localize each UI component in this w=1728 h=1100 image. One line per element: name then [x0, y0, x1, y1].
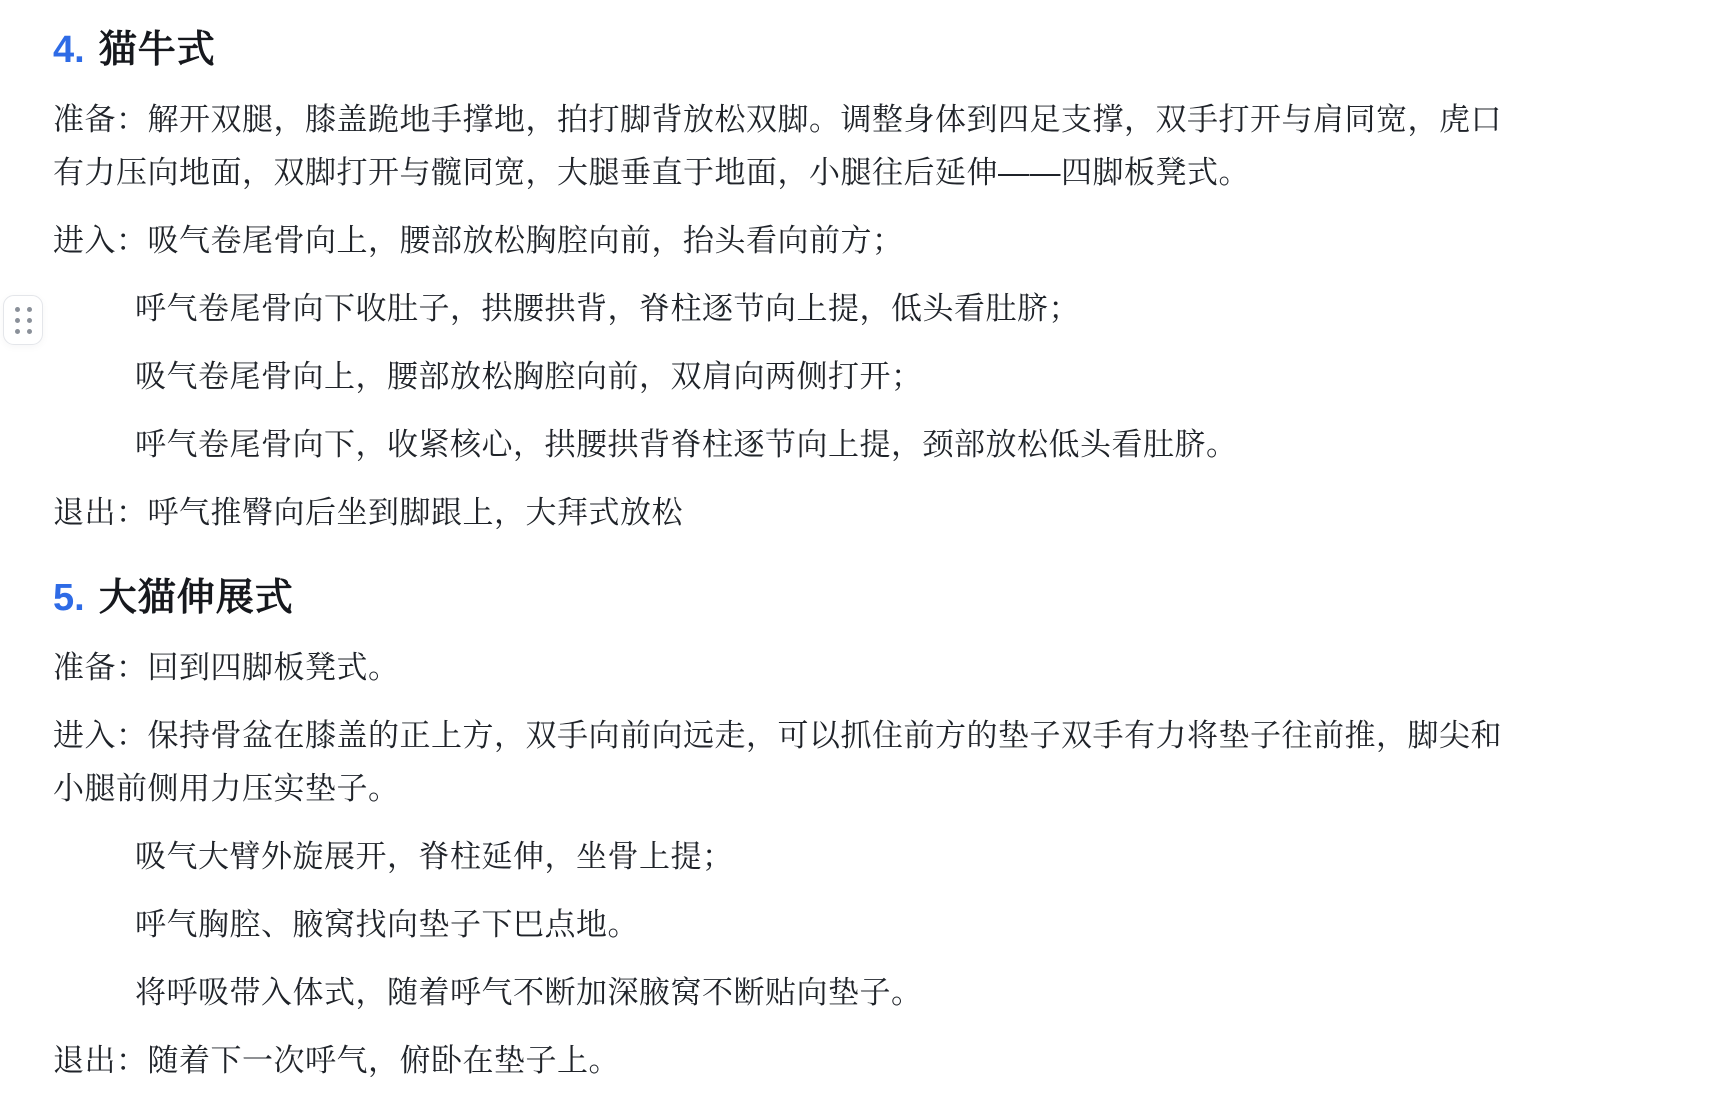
paragraph-exit[interactable]: 退出：呼气推臀向后坐到脚跟上，大拜式放松 — [53, 486, 1533, 539]
step-text: 吸气卷尾骨向上，腰部放松胸腔向前，双肩向两侧打开； — [135, 359, 923, 394]
section-heading-4[interactable]: 4.猫牛式 — [53, 25, 1533, 75]
paragraph-enter[interactable]: 进入：吸气卷尾骨向上，腰部放松胸腔向前，抬头看向前方； — [53, 214, 1533, 267]
paragraph-prep[interactable]: 准备：回到四脚板凳式。 — [53, 641, 1533, 694]
step-text: 解开双腿，膝盖跪地手撑地，拍打脚背放松双脚。调整身体到四足支撑，双手打开与肩同宽… — [53, 102, 1502, 190]
step-text: 将呼吸带入体式，随着呼气不断加深腋窝不断贴向垫子。 — [135, 975, 923, 1010]
step-text: 保持骨盆在膝盖的正上方，双手向前向远走，可以抓住前方的垫子双手有力将垫子往前推，… — [53, 718, 1502, 806]
paragraph-step[interactable]: 将呼吸带入体式，随着呼气不断加深腋窝不断贴向垫子。 — [53, 966, 1533, 1019]
step-label: 进入： — [53, 718, 148, 753]
step-text: 吸气大臂外旋展开，脊柱延伸，坐骨上提； — [135, 839, 734, 874]
heading-number: 4. — [53, 29, 85, 71]
heading-title: 猫牛式 — [99, 29, 216, 71]
step-label: 退出： — [53, 495, 148, 530]
step-text: 呼气卷尾骨向下，收紧核心，拱腰拱背脊柱逐节向上提，颈部放松低头看肚脐。 — [135, 427, 1238, 462]
heading-title: 大猫伸展式 — [99, 577, 294, 619]
paragraph-step[interactable]: 呼气卷尾骨向下收肚子，拱腰拱背，脊柱逐节向上提，低头看肚脐； — [53, 282, 1533, 335]
paragraph-step[interactable]: 呼气胸腔、腋窝找向垫子下巴点地。 — [53, 898, 1533, 951]
paragraph-exit[interactable]: 退出：随着下一次呼气，俯卧在垫子上。 — [53, 1034, 1533, 1087]
step-text: 呼气推臀向后坐到脚跟上，大拜式放松 — [148, 495, 684, 530]
step-label: 退出： — [53, 1043, 148, 1078]
paragraph-enter[interactable]: 进入：保持骨盆在膝盖的正上方，双手向前向远走，可以抓住前方的垫子双手有力将垫子往… — [53, 709, 1533, 815]
drag-handle[interactable] — [3, 295, 43, 345]
paragraph-step[interactable]: 吸气大臂外旋展开，脊柱延伸，坐骨上提； — [53, 830, 1533, 883]
step-label: 准备： — [53, 102, 148, 137]
step-label: 准备： — [53, 650, 148, 685]
step-text: 随着下一次呼气，俯卧在垫子上。 — [148, 1043, 621, 1078]
document-canvas: 4.猫牛式 准备：解开双腿，膝盖跪地手撑地，拍打脚背放松双脚。调整身体到四足支撑… — [0, 0, 1728, 1100]
step-label: 进入： — [53, 223, 148, 258]
six-dot-grip-icon — [15, 307, 32, 334]
editor-content: 4.猫牛式 准备：解开双腿，膝盖跪地手撑地，拍打脚背放松双脚。调整身体到四足支撑… — [53, 25, 1533, 1087]
section-heading-5[interactable]: 5.大猫伸展式 — [53, 573, 1533, 623]
step-text: 回到四脚板凳式。 — [148, 650, 400, 685]
step-text: 呼气卷尾骨向下收肚子，拱腰拱背，脊柱逐节向上提，低头看肚脐； — [135, 291, 1080, 326]
heading-number: 5. — [53, 577, 85, 619]
paragraph-step[interactable]: 呼气卷尾骨向下，收紧核心，拱腰拱背脊柱逐节向上提，颈部放松低头看肚脐。 — [53, 418, 1533, 471]
paragraph-step[interactable]: 吸气卷尾骨向上，腰部放松胸腔向前，双肩向两侧打开； — [53, 350, 1533, 403]
paragraph-prep[interactable]: 准备：解开双腿，膝盖跪地手撑地，拍打脚背放松双脚。调整身体到四足支撑，双手打开与… — [53, 93, 1533, 199]
step-text: 吸气卷尾骨向上，腰部放松胸腔向前，抬头看向前方； — [148, 223, 904, 258]
step-text: 呼气胸腔、腋窝找向垫子下巴点地。 — [135, 907, 639, 942]
